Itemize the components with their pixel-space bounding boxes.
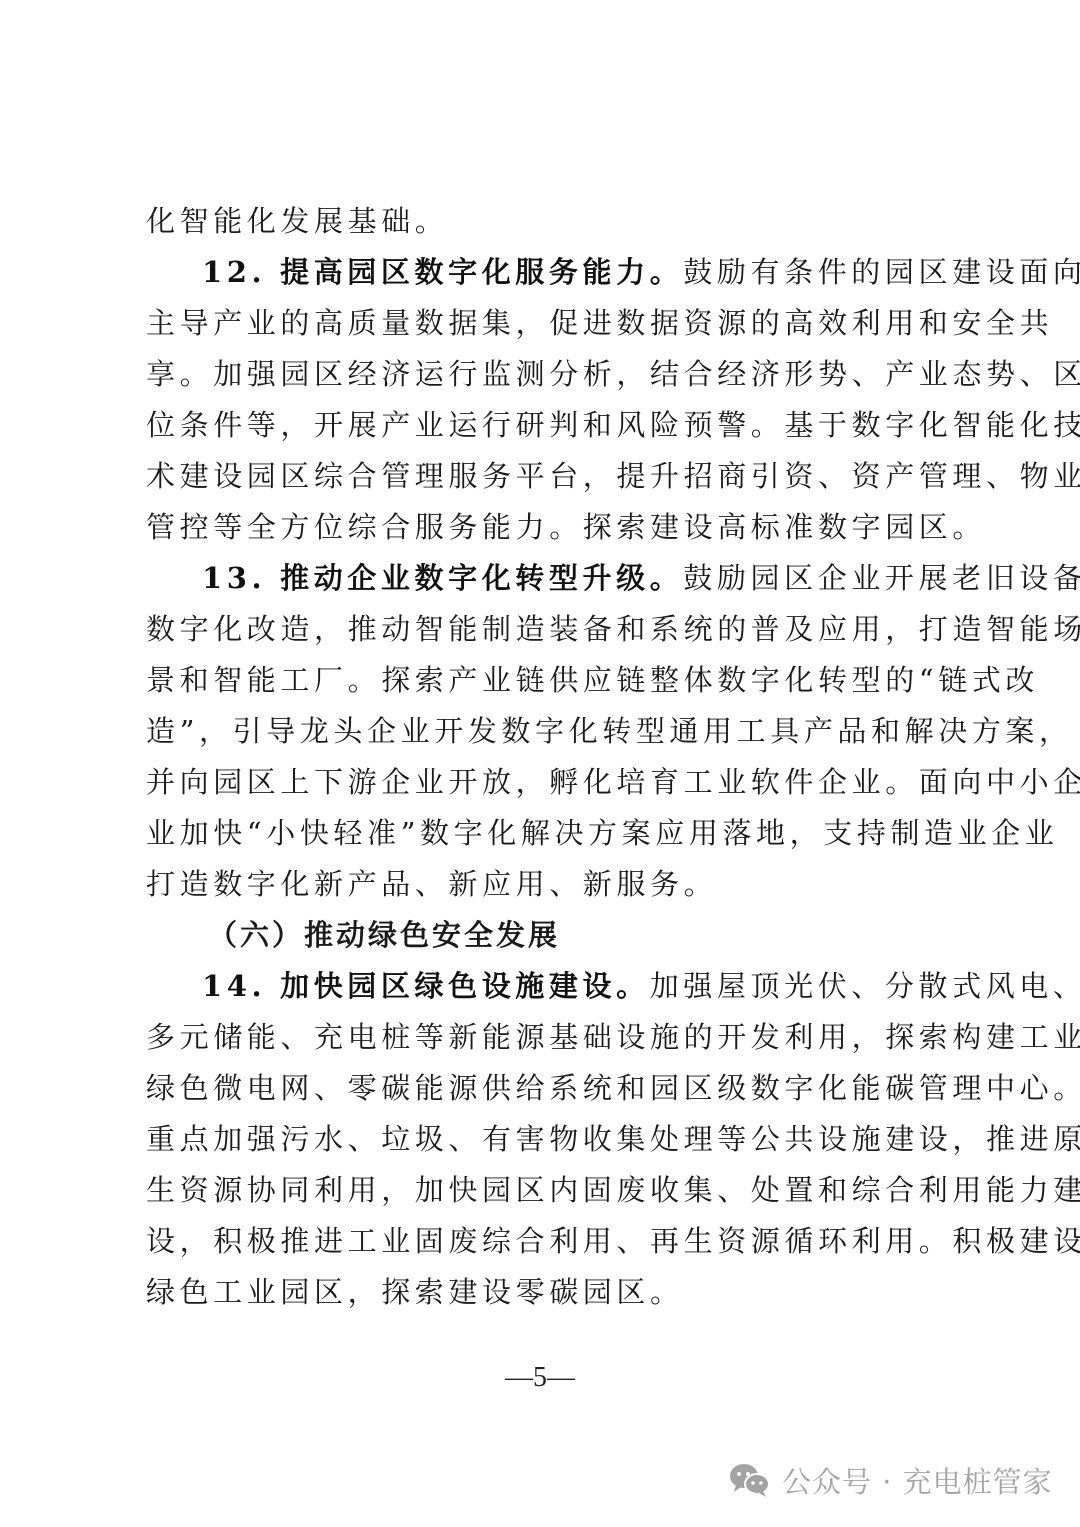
paragraph-line: 多元储能、充电桩等新能源基础设施的开发利用，探索构建工业 (146, 1012, 944, 1063)
item-number: 13. (202, 561, 266, 595)
paragraph-line: 重点加强污水、垃圾、有害物收集处理等公共设施建设，推进原 (146, 1114, 944, 1165)
paragraph-line: 享。加强园区经济运行监测分析，结合经济形势、产业态势、区 (146, 349, 944, 400)
paragraph-line: 化智能化发展基础。 (146, 196, 944, 247)
item-text: 加强屋顶光伏、分散式风电、 (650, 969, 1080, 1003)
item-title: 推动企业数字化转型升级。 (280, 561, 683, 595)
paragraph-line: 生资源协同利用，加快园区内固废收集、处置和综合利用能力建 (146, 1165, 944, 1216)
item-title: 加快园区绿色设施建设。 (280, 969, 650, 1003)
item-number: 12. (202, 255, 266, 289)
wechat-icon (728, 1462, 772, 1498)
item-title: 提高园区数字化服务能力。 (280, 255, 683, 289)
watermark: 公众号 · 充电桩管家 (728, 1460, 1053, 1500)
item-text: 鼓励园区企业开展老旧设备 (683, 561, 1080, 595)
watermark-text: 公众号 · 充电桩管家 (782, 1460, 1053, 1501)
paragraph-line: 数字化改造，推动智能制造装备和系统的普及应用，打造智能场 (146, 604, 944, 655)
item-13-first-line: 13. 推动企业数字化转型升级。鼓励园区企业开展老旧设备 (146, 553, 944, 604)
item-14-first-line: 14. 加快园区绿色设施建设。加强屋顶光伏、分散式风电、 (146, 961, 944, 1012)
paragraph-line: 业加快“小快轻准”数字化解决方案应用落地，支持制造业企业 (146, 808, 944, 859)
paragraph-line: 主导产业的高质量数据集，促进数据资源的高效利用和安全共 (146, 298, 944, 349)
paragraph-line: 设，积极推进工业固废综合利用、再生资源循环利用。积极建设 (146, 1216, 944, 1267)
paragraph-line: 绿色微电网、零碳能源供给系统和园区级数字化能碳管理中心。 (146, 1063, 944, 1114)
item-text: 鼓励有条件的园区建设面向 (683, 255, 1080, 289)
paragraph-line: 管控等全方位综合服务能力。探索建设高标准数字园区。 (146, 502, 944, 553)
paragraph-line: 景和智能工厂。探索产业链供应链整体数字化转型的“链式改 (146, 655, 944, 706)
document-body: 化智能化发展基础。 12. 提高园区数字化服务能力。鼓励有条件的园区建设面向 主… (146, 196, 944, 1318)
item-number: 14. (202, 969, 266, 1003)
paragraph-line: 术建设园区综合管理服务平台，提升招商引资、资产管理、物业 (146, 451, 944, 502)
paragraph-line: 绿色工业园区，探索建设零碳园区。 (146, 1267, 944, 1318)
section-heading: （六）推动绿色安全发展 (146, 910, 944, 961)
page-number: —5— (0, 1362, 1080, 1394)
item-12-first-line: 12. 提高园区数字化服务能力。鼓励有条件的园区建设面向 (146, 247, 944, 298)
paragraph-line: 造”，引导龙头企业开发数字化转型通用工具产品和解决方案， (146, 706, 944, 757)
paragraph-line: 打造数字化新产品、新应用、新服务。 (146, 859, 944, 910)
paragraph-line: 位条件等，开展产业运行研判和风险预警。基于数字化智能化技 (146, 400, 944, 451)
paragraph-line: 并向园区上下游企业开放，孵化培育工业软件企业。面向中小企 (146, 757, 944, 808)
